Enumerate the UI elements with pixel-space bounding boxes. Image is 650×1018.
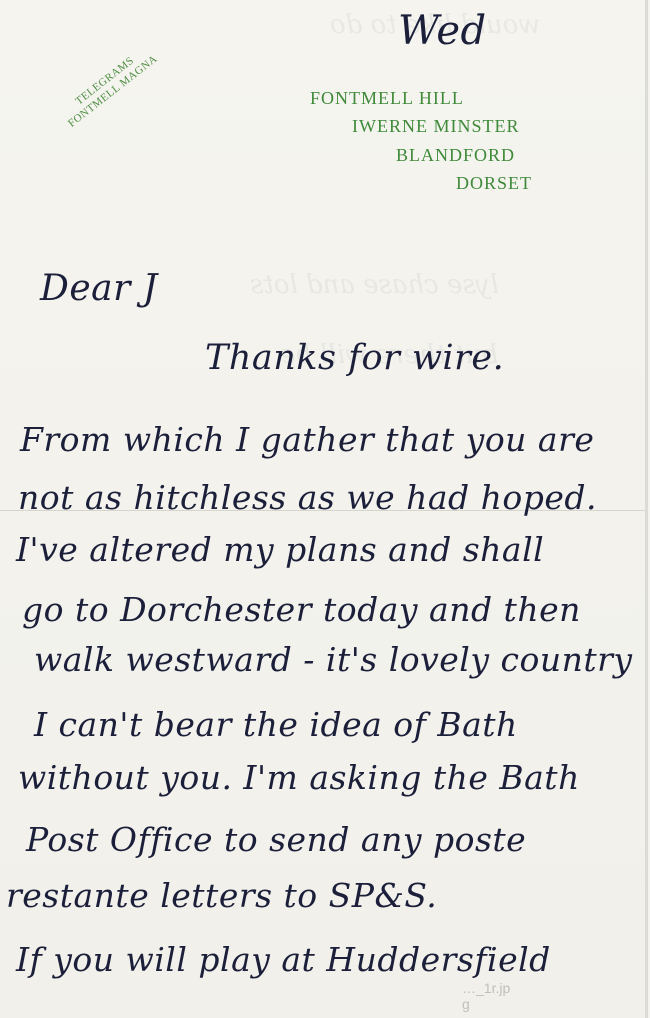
address-line-3: BLANDFORD (396, 141, 515, 169)
filename-watermark: …_1r.jp g (462, 980, 510, 1012)
address-line-4: DORSET (456, 169, 532, 197)
letter-line-9: Post Office to send any poste (26, 820, 526, 859)
address-line-1: FONTMELL HILL (310, 84, 464, 112)
letter-sheet: would like to do lyse chase and lots but… (0, 0, 648, 1018)
letter-line-7: I can't bear the idea of Bath (34, 705, 518, 744)
letter-line-10: restante letters to SP&S. (6, 876, 437, 915)
letter-line-11: If you will play at Huddersfield (16, 940, 551, 979)
telegrams-label: TELEGRAMS (58, 43, 152, 121)
letter-line-4: I've altered my plans and shall (16, 530, 544, 569)
letter-line-5: go to Dorchester today and then (22, 590, 581, 629)
letter-line-3: not as hitchless as we had hoped. (18, 478, 597, 517)
letter-line-1: Thanks for wire. (205, 338, 504, 378)
letter-date: Wed (398, 8, 487, 54)
letter-salutation: Dear J (40, 268, 158, 309)
letter-line-2: From which I gather that you are (20, 420, 594, 459)
letterhead-telegrams: TELEGRAMS FONTMELL MAGNA (58, 43, 160, 131)
letter-line-6: walk westward - it's lovely country (34, 640, 633, 679)
address-line-2: IWERNE MINSTER (352, 112, 519, 140)
letter-line-8: without you. I'm asking the Bath (18, 758, 580, 797)
bleed-through-text: lyse chase and lots (250, 270, 499, 300)
